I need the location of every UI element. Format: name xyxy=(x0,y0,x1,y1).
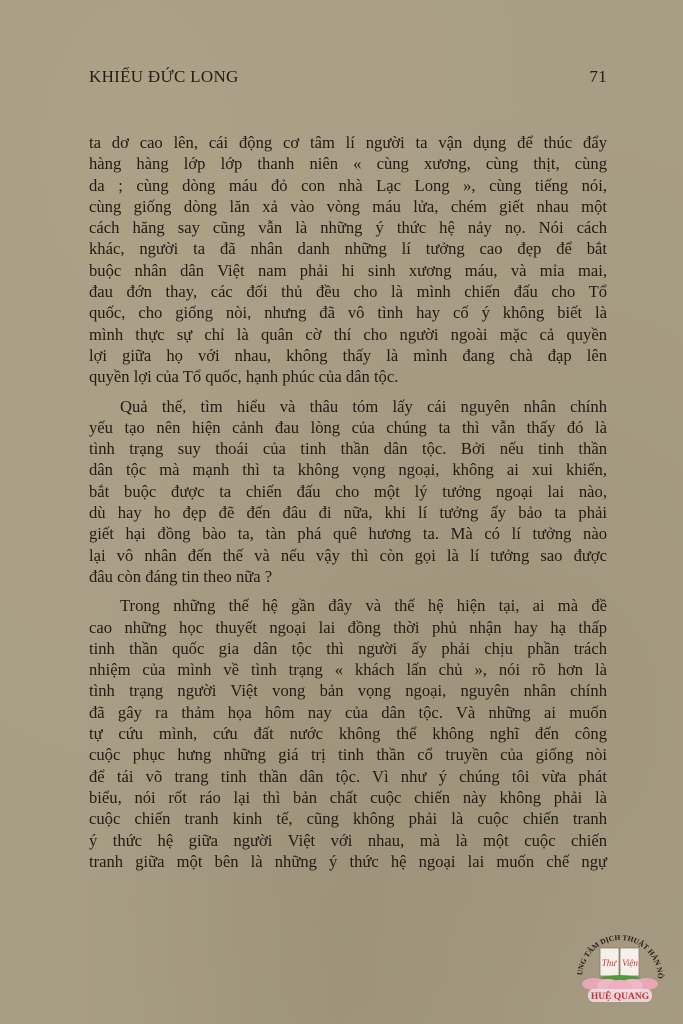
paragraph-2: Quả thế, tìm hiểu và thâu tóm lấy cái ng… xyxy=(89,396,607,588)
text-line: lại vô nhân đến thế và nếu vậy thì còn g… xyxy=(89,545,607,566)
logo-book-left: Thư xyxy=(602,958,618,968)
text-line: tình trạng suy thoái của tinh thần dân t… xyxy=(89,438,607,459)
text-line: đau đớn thay, các đối thủ đều cho là mìn… xyxy=(89,281,607,302)
logo-book-right: Viện xyxy=(622,958,638,968)
paragraph-3: Trong những thế hệ gần đây và thế hệ hiệ… xyxy=(89,595,607,872)
paragraph-gap xyxy=(89,388,607,396)
text-line: tự cứu mình, cứu đất nước không thể khôn… xyxy=(89,723,607,744)
text-line: để tái võ trang tinh thần dân tộc. Vì nh… xyxy=(89,766,607,787)
text-line: tình trạng người Việt vong bản vọng ngoạ… xyxy=(89,680,607,701)
text-line: giết hại đồng bào ta, tàn phá quê hương … xyxy=(89,523,607,544)
paragraph-gap xyxy=(89,587,607,595)
running-title: KHIẾU ĐỨC LONG xyxy=(89,67,239,87)
page-number: 71 xyxy=(589,67,607,87)
text-line: hàng hàng lớp lớp thanh niên « cùng xươn… xyxy=(89,153,607,174)
text-line: tinh thần quốc gia dân tộc thì người ấy … xyxy=(89,638,607,659)
lotus-book-icon: TRUNG TÂM DỊCH THUẬT HÁN NÔM Thư Viện HU… xyxy=(572,926,668,1010)
text-line: tranh giữa một bên là những ý thức hệ ng… xyxy=(89,851,607,872)
book-page: KHIẾU ĐỨC LONG 71 ta dơ cao lên, cái độn… xyxy=(0,0,683,1024)
text-line: Quả thế, tìm hiểu và thâu tóm lấy cái ng… xyxy=(89,396,607,417)
text-line: da ; cùng dòng máu đỏ con nhà Lạc Long »… xyxy=(89,175,607,196)
text-line: dù hay ho đẹp đẽ đến đâu đi nữa, khi lí … xyxy=(89,502,607,523)
text-line: cách hăng say cũng vẫn là những ý thức h… xyxy=(89,217,607,238)
text-line: biểu, nói rốt ráo lại thì bản chất cuộc … xyxy=(89,787,607,808)
text-line: quốc, cho giống nòi, nhưng đã vô tình ha… xyxy=(89,302,607,323)
text-line: ta dơ cao lên, cái động cơ tâm lí người … xyxy=(89,132,607,153)
text-line: yếu tạo nên hiện cảnh đau lòng của chúng… xyxy=(89,417,607,438)
text-line: lợi giữa họ với nhau, không thấy là mình… xyxy=(89,345,607,366)
text-line: buộc nhân dân Việt nam phải hi sinh xươn… xyxy=(89,260,607,281)
text-line: đã gây ra thảm họa hôm nay của dân tộc. … xyxy=(89,702,607,723)
text-line: cuộc chiến tranh kinh tế, cũng không phả… xyxy=(89,808,607,829)
text-line: nhiệm của mình về tình trạng « khách lấn… xyxy=(89,659,607,680)
text-line: ý thức hệ giữa người Việt với nhau, mà l… xyxy=(89,830,607,851)
text-line: khác, người ta đã nhân danh những lí tưở… xyxy=(89,238,607,259)
text-line: bắt buộc được ta chiến đấu cho một lý tư… xyxy=(89,481,607,502)
running-head: KHIẾU ĐỨC LONG 71 xyxy=(89,67,607,87)
text-line: mình thực sự chỉ là quân cờ thí cho ngườ… xyxy=(89,324,607,345)
text-line: cuộc phục hưng những giá trị tinh thần c… xyxy=(89,744,607,765)
text-line: dân tộc mà mạnh thì ta không vọng ngoại,… xyxy=(89,459,607,480)
body-text: ta dơ cao lên, cái động cơ tâm lí người … xyxy=(89,132,607,872)
text-line: cao những học thuyết ngoại lai đồng thời… xyxy=(89,617,607,638)
paragraph-1: ta dơ cao lên, cái động cơ tâm lí người … xyxy=(89,132,607,388)
text-line: cùng giống dòng lăn xả vào vòng máu lửa,… xyxy=(89,196,607,217)
text-line: Trong những thế hệ gần đây và thế hệ hiệ… xyxy=(89,595,607,616)
text-line: đâu còn đáng tin theo nữa ? xyxy=(89,566,607,587)
text-line: quyền lợi của Tổ quốc, hạnh phúc của dân… xyxy=(89,366,607,387)
hue-quang-logo: TRUNG TÂM DỊCH THUẬT HÁN NÔM Thư Viện HU… xyxy=(572,926,668,1010)
